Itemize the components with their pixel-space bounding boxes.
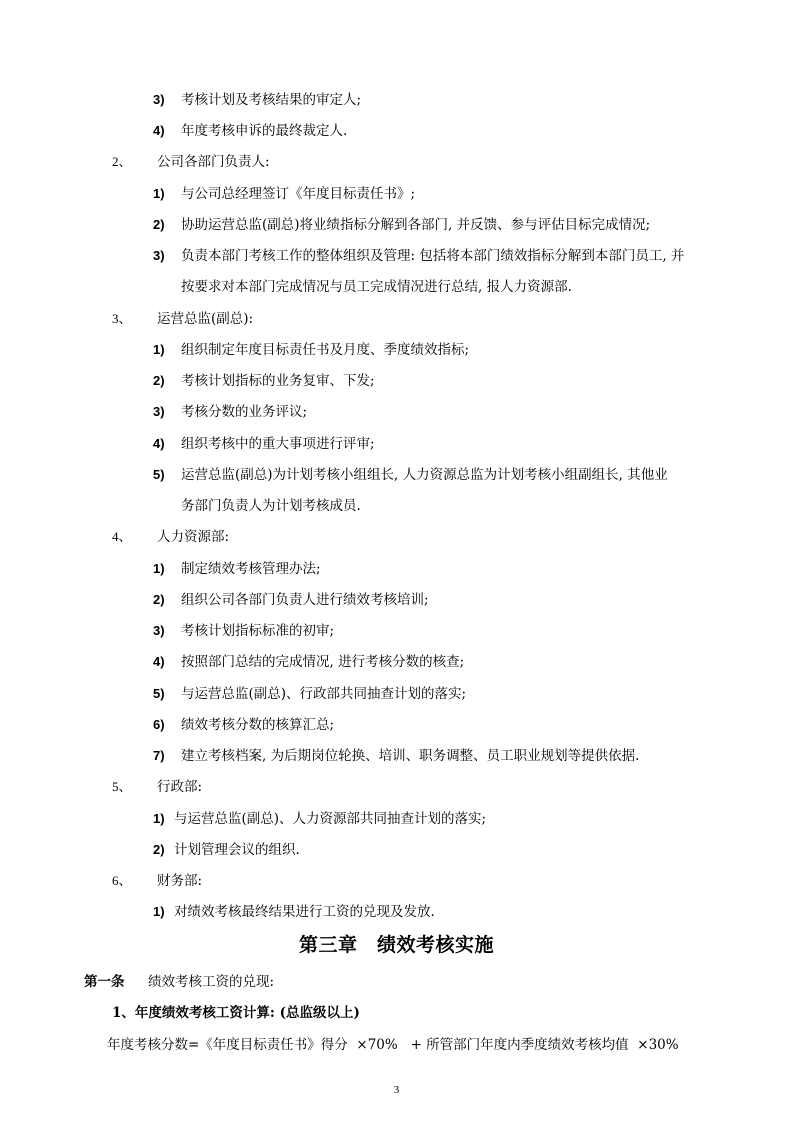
list-marker: 3)	[153, 91, 181, 109]
list-marker: 6)	[153, 716, 181, 734]
chapter-title: 第三章 绩效考核实施	[0, 932, 793, 958]
article-label: 第一条	[84, 973, 148, 991]
list-item: 7)建立考核档案, 为后期岗位轮换、培训、职务调整、员工职业规划等提供依据.	[153, 747, 639, 765]
list-item-text: 组织公司各部门负责人进行绩效考核培训;	[181, 591, 429, 609]
list-marker: 2)	[153, 216, 181, 234]
list-item: 1)制定绩效考核管理办法;	[153, 560, 321, 578]
list-item-text: 考核计划指标标准的初审;	[181, 622, 334, 640]
list-item: 2)协助运营总监(副总)将业绩指标分解到各部门, 并反馈、参与评估目标完成情况;	[153, 216, 650, 234]
list-marker: 4、	[112, 528, 157, 546]
list-item-text: 考核计划及考核结果的审定人;	[181, 91, 361, 109]
list-item: 1)与公司总经理签订《年度目标责任书》;	[153, 185, 415, 203]
list-item-text: 财务部:	[157, 872, 202, 890]
list-item: 3)考核分数的业务评议;	[153, 403, 307, 421]
list-marker: 2)	[153, 372, 181, 390]
list-marker: 1)	[153, 341, 181, 359]
list-item-text: 考核分数的业务评议;	[181, 403, 307, 421]
section-heading: 2、公司各部门负责人:	[112, 153, 270, 171]
list-item-text: 人力资源部:	[157, 528, 229, 546]
list-item-text: 按要求对本部门完成情况与员工完成情况进行总结, 报人力资源部.	[181, 278, 572, 296]
list-item-text: 计划管理会议的组织.	[174, 841, 300, 859]
list-item: 3)考核计划指标标准的初审;	[153, 622, 334, 640]
list-item-text: 绩效考核分数的核算汇总;	[181, 716, 334, 734]
list-item-text: 协助运营总监(副总)将业绩指标分解到各部门, 并反馈、参与评估目标完成情况;	[181, 216, 650, 234]
list-marker: 2、	[112, 153, 157, 171]
list-item-text: 年度考核申诉的最终裁定人.	[181, 122, 347, 140]
list-item: 2)计划管理会议的组织.	[153, 841, 300, 859]
list-marker: 4)	[153, 653, 181, 671]
list-marker: 4)	[153, 435, 181, 453]
list-marker: 1)	[153, 810, 174, 828]
list-marker: 7)	[153, 747, 181, 765]
list-item-text: 按照部门总结的完成情况, 进行考核分数的核查;	[181, 653, 464, 671]
list-marker: 3)	[153, 247, 181, 265]
list-item-text: 组织考核中的重大事项进行评审;	[181, 435, 375, 453]
list-item: 3)考核计划及考核结果的审定人;	[153, 91, 361, 109]
list-item: 5)运营总监(副总)为计划考核小组组长, 人力资源总监为计划考核小组副组长, 其…	[153, 466, 668, 484]
list-item-text: 运营总监(副总):	[157, 310, 253, 328]
list-marker: 3)	[153, 403, 181, 421]
section-heading: 5、行政部:	[112, 778, 202, 796]
list-item: 1)组织制定年度目标责任书及月度、季度绩效指标;	[153, 341, 469, 359]
list-marker: 1)	[153, 560, 181, 578]
list-item: 按要求对本部门完成情况与员工完成情况进行总结, 报人力资源部.	[181, 278, 572, 296]
list-item-text: 考核计划指标的业务复审、下发;	[181, 372, 375, 390]
list-item-text: 务部门负责人为计划考核成员.	[181, 497, 361, 515]
list-item-text: 对绩效考核最终结果进行工资的兑现及发放.	[174, 903, 435, 921]
list-marker: 3)	[153, 622, 181, 640]
list-item: 2)组织公司各部门负责人进行绩效考核培训;	[153, 591, 429, 609]
list-item-text: 与运营总监(副总)、人力资源部共同抽查计划的落实;	[174, 810, 486, 828]
formula: 年度考核分数=《年度目标责任书》得分 ×70% + 所管部门年度内季度绩效考核均…	[107, 1036, 679, 1054]
article-line: 第一条绩效考核工资的兑现:	[84, 973, 274, 991]
page-number: 3	[0, 1084, 793, 1096]
list-item-text: 制定绩效考核管理办法;	[181, 560, 321, 578]
list-item-text: 行政部:	[157, 778, 202, 796]
list-marker: 5)	[153, 466, 181, 484]
list-item: 5)与运营总监(副总)、行政部共同抽查计划的落实;	[153, 685, 466, 703]
list-marker: 1)	[153, 185, 181, 203]
section-heading: 3、运营总监(副总):	[112, 310, 253, 328]
list-marker: 5、	[112, 778, 157, 796]
list-marker: 3、	[112, 310, 157, 328]
subheading: 1、年度绩效考核工资计算: (总监级以上)	[112, 1004, 360, 1022]
section-heading: 6、财务部:	[112, 872, 202, 890]
list-item-text: 运营总监(副总)为计划考核小组组长, 人力资源总监为计划考核小组副组长, 其他业	[181, 466, 668, 484]
list-item: 1)对绩效考核最终结果进行工资的兑现及发放.	[153, 903, 435, 921]
section-heading: 4、人力资源部:	[112, 528, 229, 546]
article-text: 绩效考核工资的兑现:	[148, 974, 274, 990]
list-item-text: 与公司总经理签订《年度目标责任书》;	[181, 185, 415, 203]
list-item: 3)负责本部门考核工作的整体组织及管理: 包括将本部门绩效指标分解到本部门员工,…	[153, 247, 684, 265]
list-marker: 4)	[153, 122, 181, 140]
list-item: 4)组织考核中的重大事项进行评审;	[153, 435, 375, 453]
list-item: 1)与运营总监(副总)、人力资源部共同抽查计划的落实;	[153, 810, 486, 828]
list-item-text: 负责本部门考核工作的整体组织及管理: 包括将本部门绩效指标分解到本部门员工, 并	[181, 247, 684, 265]
list-marker: 5)	[153, 685, 181, 703]
list-item: 务部门负责人为计划考核成员.	[181, 497, 361, 515]
list-item-text: 建立考核档案, 为后期岗位轮换、培训、职务调整、员工职业规划等提供依据.	[181, 747, 639, 765]
list-marker: 2)	[153, 841, 174, 859]
list-item: 2)考核计划指标的业务复审、下发;	[153, 372, 375, 390]
list-marker: 1)	[153, 903, 174, 921]
list-marker: 2)	[153, 591, 181, 609]
list-item-text: 与运营总监(副总)、行政部共同抽查计划的落实;	[181, 685, 466, 703]
list-item-text: 公司各部门负责人:	[157, 153, 270, 171]
list-item: 6)绩效考核分数的核算汇总;	[153, 716, 334, 734]
list-marker: 6、	[112, 872, 157, 890]
list-item: 4)年度考核申诉的最终裁定人.	[153, 122, 347, 140]
list-item-text: 组织制定年度目标责任书及月度、季度绩效指标;	[181, 341, 469, 359]
list-item: 4)按照部门总结的完成情况, 进行考核分数的核查;	[153, 653, 464, 671]
